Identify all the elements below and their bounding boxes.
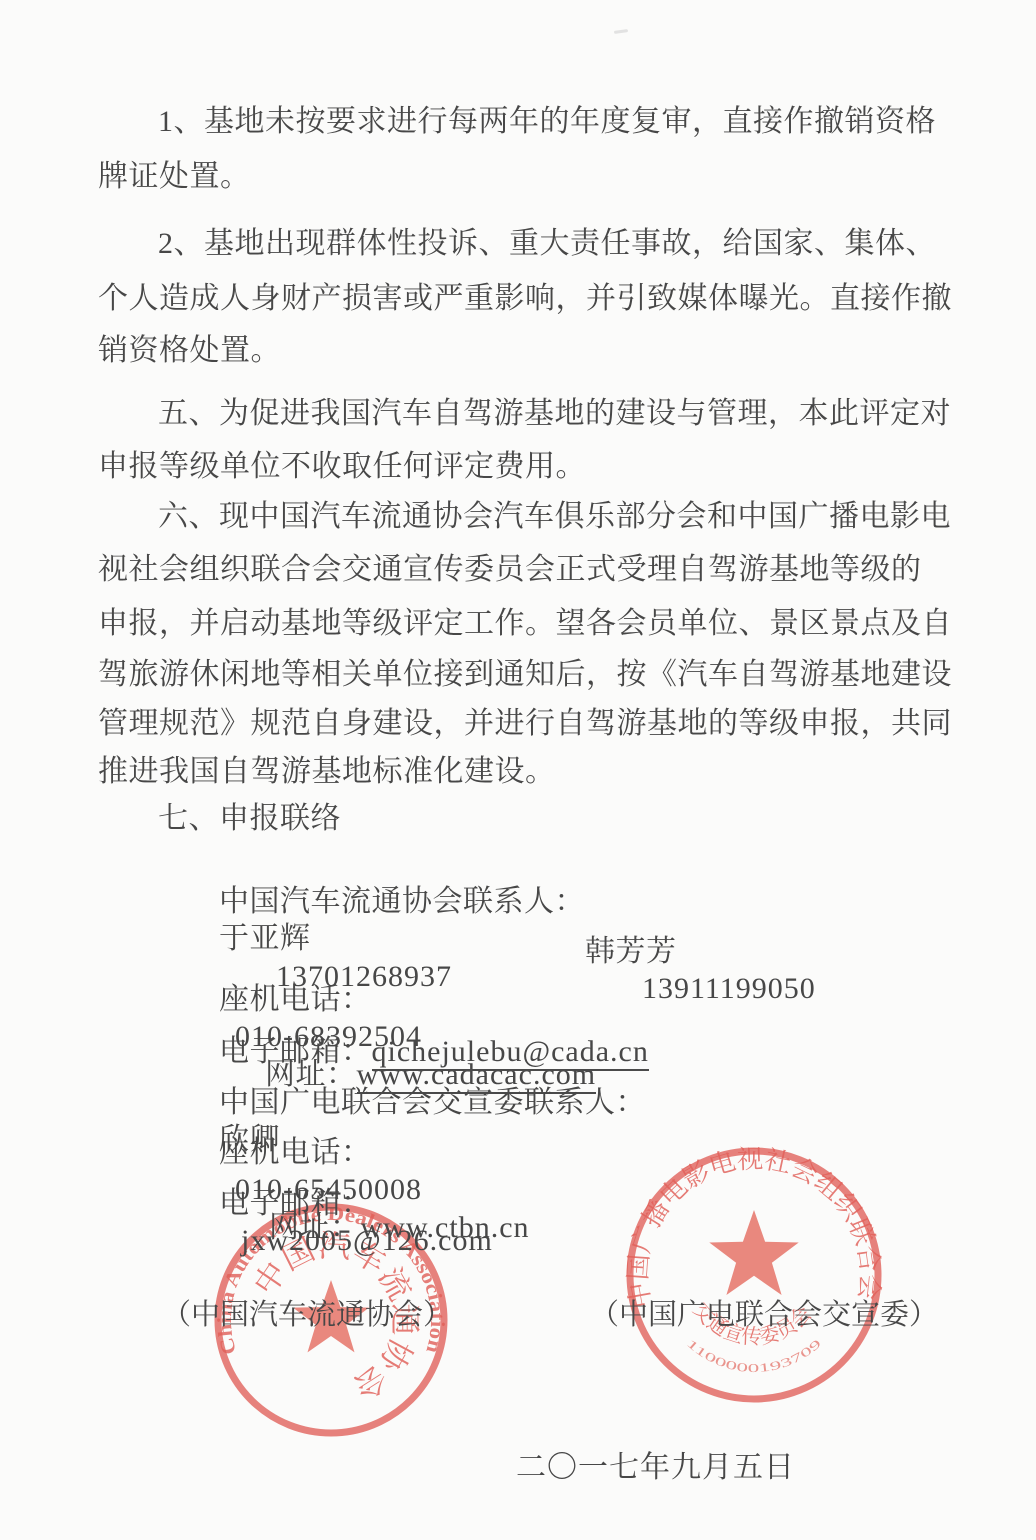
cada-contact-label: 中国汽车流通协会联系人： (219, 885, 585, 918)
ctbn-email-label: 电子邮箱： (219, 1187, 372, 1220)
body-line: 管理规范》规范自身建设，并进行自驾游基地的等级申报，共同 (98, 705, 952, 743)
document-date: 二〇一七年九月五日 (516, 1449, 795, 1487)
ctbn-email: jxw2005@126.com (241, 1224, 493, 1257)
body-line: 1、基地未按要求进行每两年的年度复审，直接作撤销资格 (158, 103, 936, 141)
body-line: 驾旅游休闲地等相关单位接到通知后，按《汽车自驾游基地建设 (98, 656, 952, 694)
document-page: 1、基地未按要求进行每两年的年度复审，直接作撤销资格 牌证处置。 2、基地出现群… (0, 0, 1036, 1540)
body-line: 视社会组织联合会交通宣传委员会正式受理自驾游基地等级的 (98, 551, 922, 589)
cada-person-2: 韩芳芳 (585, 935, 677, 968)
body-line: 牌证处置。 (98, 158, 251, 196)
left-signature-label: （中国汽车流通协会） (162, 1297, 452, 1333)
body-line: 2、基地出现群体性投诉、重大责任事故，给国家、集体、 (158, 225, 936, 263)
scan-smudge (614, 29, 628, 34)
body-line: 销资格处置。 (98, 332, 281, 370)
ctbn-email-line: 电子邮箱： jxw2005@126.com (187, 1147, 493, 1297)
cada-phone-2: 13911199050 (642, 972, 816, 1005)
body-line: 申报等级单位不收取任何评定费用。 (98, 448, 586, 486)
body-line: 申报，并启动基地等级评定工作。望各会员单位、景区景点及自 (98, 605, 952, 643)
body-line: 六、现中国汽车流通协会汽车俱乐部分会和中国广播电影电 (158, 498, 951, 536)
star-icon (709, 1210, 798, 1295)
ctbn-seal: 中国广播电影电视社会组织联合会 交通宣传委员会 1100000193709 (622, 1143, 886, 1407)
body-line: 个人造成人身财产损害或严重影响，并引致媒体曝光。直接作撤 (98, 280, 952, 318)
body-line: 推进我国自驾游基地标准化建设。 (98, 753, 556, 791)
body-line: 五、为促进我国汽车自驾游基地的建设与管理，本此评定对 (158, 395, 951, 433)
body-line-contact-heading: 七、申报联络 (158, 800, 341, 838)
right-signature-label: （中国广电联合会交宣委） (590, 1297, 938, 1333)
